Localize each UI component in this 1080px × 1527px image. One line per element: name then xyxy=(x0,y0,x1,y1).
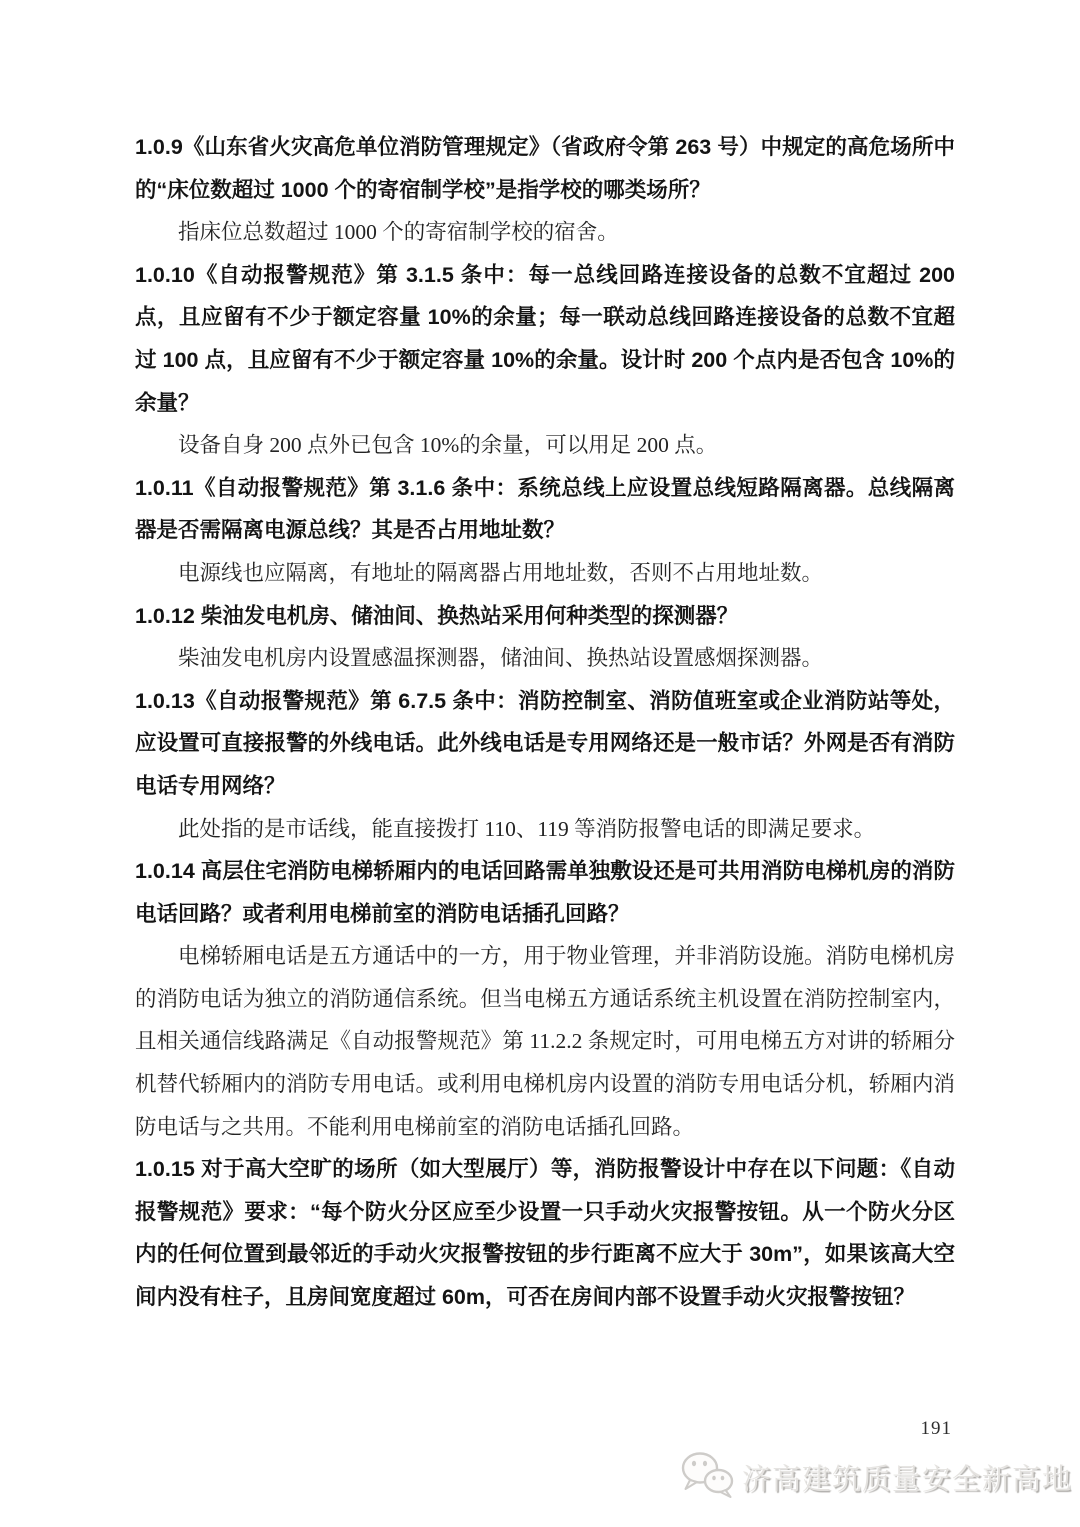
page-number: 191 xyxy=(921,1418,953,1440)
question-paragraph: 1.0.10《自动报警规范》第 3.1.5 条中：每一总线回路连接设备的总数不宜… xyxy=(135,254,955,424)
answer-paragraph: 电源线也应隔离，有地址的隔离器占用地址数，否则不占用地址数。 xyxy=(135,552,955,595)
answer-paragraph: 设备自身 200 点外已包含 10%的余量，可以用足 200 点。 xyxy=(135,424,955,467)
question-paragraph: 1.0.15 对于高大空旷的场所（如大型展厅）等，消防报警设计中存在以下问题：《… xyxy=(135,1148,955,1318)
question-paragraph: 1.0.11《自动报警规范》第 3.1.6 条中：系统总线上应设置总线短路隔离器… xyxy=(135,467,955,552)
question-paragraph: 1.0.12 柴油发电机房、储油间、换热站采用何种类型的探测器？ xyxy=(135,595,955,638)
question-paragraph: 1.0.14 高层住宅消防电梯轿厢内的电话回路需单独敷设还是可共用消防电梯机房的… xyxy=(135,850,955,935)
document-page: 1.0.9《山东省火灾高危单位消防管理规定》（省政府令第 263 号）中规定的高… xyxy=(0,0,1080,1527)
document-content: 1.0.9《山东省火灾高危单位消防管理规定》（省政府令第 263 号）中规定的高… xyxy=(135,126,955,1319)
answer-paragraph: 柴油发电机房内设置感温探测器，储油间、换热站设置感烟探测器。 xyxy=(135,637,955,680)
watermark-text: 济高建筑质量安全新高地 xyxy=(742,1457,1072,1498)
answer-paragraph: 此处指的是市话线，能直接拨打 110、119 等消防报警电话的即满足要求。 xyxy=(135,808,955,851)
wechat-watermark: 济高建筑质量安全新高地 xyxy=(680,1451,1072,1504)
answer-paragraph: 指床位总数超过 1000 个的寄宿制学校的宿舍。 xyxy=(135,211,955,254)
wechat-icon xyxy=(680,1451,735,1504)
answer-paragraph: 电梯轿厢电话是五方通话中的一方，用于物业管理，并非消防设施。消防电梯机房的消防电… xyxy=(135,935,955,1148)
question-paragraph: 1.0.13《自动报警规范》第 6.7.5 条中：消防控制室、消防值班室或企业消… xyxy=(135,680,955,808)
question-paragraph: 1.0.9《山东省火灾高危单位消防管理规定》（省政府令第 263 号）中规定的高… xyxy=(135,126,955,211)
